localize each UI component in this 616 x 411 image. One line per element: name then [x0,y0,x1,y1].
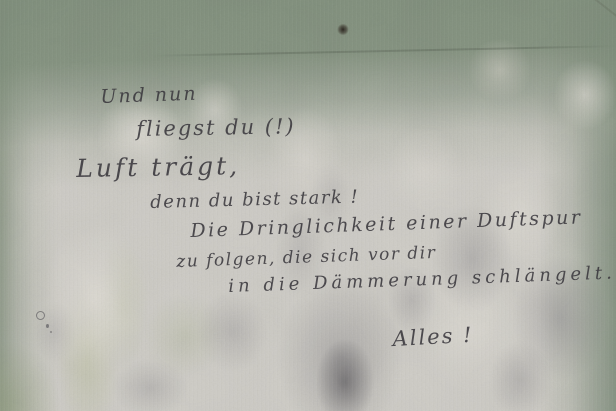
note-line-4: denn du bist stark ! [150,187,360,213]
note-line-8: Alles ! [392,323,474,351]
note-line-5: Die Dringlichkeit einer Duftspur [190,206,583,242]
note-line-2: fliegst du (!) [136,114,296,141]
note-line-1: Und nun [100,83,198,108]
note-line-6: zu folgen, die sich vor dir [176,243,437,272]
handwritten-note-photo: Und nun fliegst du (!) Luft trägt, denn … [0,0,616,411]
note-line-3: Luft trägt, [76,151,240,183]
handwritten-text: Und nun fliegst du (!) Luft trägt, denn … [0,0,616,411]
